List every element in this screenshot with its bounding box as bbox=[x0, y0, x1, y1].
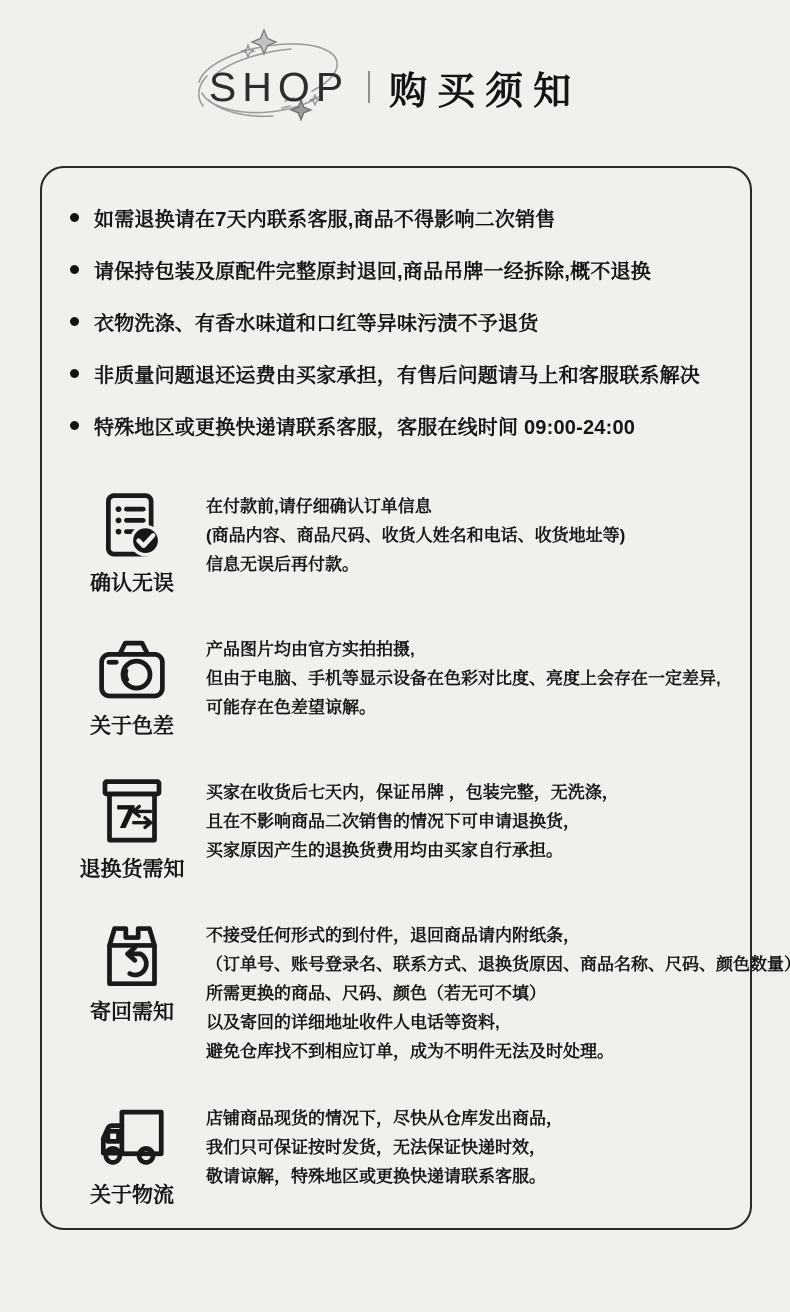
notice-panel: 如需退换请在7天内联系客服,商品不得影响二次销售 请保持包装及原配件完整原封退回… bbox=[40, 166, 752, 1230]
shop-logo-text: SHOP bbox=[209, 64, 349, 111]
section-text: 在付款前,请仔细确认订单信息 (商品内容、商品尺码、收货人姓名和电话、收货地址等… bbox=[194, 490, 726, 597]
policy-item: 特殊地区或更换快递请联系客服，客服在线时间 09:00-24:00 bbox=[70, 410, 726, 440]
page-title: 购买须知 bbox=[389, 60, 581, 115]
bullet-dot-icon bbox=[70, 317, 79, 326]
section-line: 可能存在色差望谅解。 bbox=[206, 693, 726, 722]
section-text: 不接受任何形式的到付件，退回商品请内附纸条， （订单号、账号登录名、联系方式、退… bbox=[194, 919, 790, 1066]
section-line: 我们只可保证按时发货，无法保证快递时效， bbox=[206, 1133, 726, 1162]
section-return-exchange: 7 退换货需知 买家在收货后七天内，保证吊牌 ，包装完整，无洗涤， 且在不影响商… bbox=[70, 776, 726, 883]
policy-bullet-list: 如需退换请在7天内联系客服,商品不得影响二次销售 请保持包装及原配件完整原封退回… bbox=[70, 202, 726, 440]
section-color-difference: 关于色差 产品图片均由官方实拍拍摄, 但由于电脑、手机等显示设备在色彩对比度、亮… bbox=[70, 633, 726, 740]
bullet-dot-icon bbox=[70, 369, 79, 378]
section-label: 寄回需知 bbox=[90, 996, 174, 1026]
section-label: 关于色差 bbox=[90, 710, 174, 740]
section-line: 避免仓库找不到相应订单，成为不明件无法及时处理。 bbox=[206, 1037, 790, 1066]
section-line: 所需更换的商品、尺码、颜色（若无可不填） bbox=[206, 979, 790, 1008]
policy-text: 特殊地区或更换快递请联系客服，客服在线时间 09:00-24:00 bbox=[94, 411, 635, 440]
section-confirm-order: 确认无误 在付款前,请仔细确认订单信息 (商品内容、商品尺码、收货人姓名和电话、… bbox=[70, 490, 726, 597]
delivery-truck-icon bbox=[96, 1102, 168, 1174]
section-line: 买家原因产生的退换货费用均由买家自行承担。 bbox=[206, 836, 726, 865]
section-line: 买家在收货后七天内，保证吊牌 ，包装完整，无洗涤， bbox=[206, 778, 726, 807]
section-line: 以及寄回的详细地址收件人电话等资料, bbox=[206, 1008, 790, 1037]
policy-text: 请保持包装及原配件完整原封退回,商品吊牌一经拆除,概不退换 bbox=[94, 255, 651, 284]
policy-item: 如需退换请在7天内联系客服,商品不得影响二次销售 bbox=[70, 202, 726, 232]
policy-item: 衣物洗涤、有香水味道和口红等异味污渍不予退货 bbox=[70, 306, 726, 336]
policy-text: 非质量问题退还运费由买家承担，有售后问题请马上和客服联系解决 bbox=[94, 359, 700, 388]
policy-text: 如需退换请在7天内联系客服,商品不得影响二次销售 bbox=[94, 203, 555, 232]
svg-text:7: 7 bbox=[115, 800, 137, 836]
section-text: 店铺商品现货的情况下，尽快从仓库发出商品， 我们只可保证按时发货，无法保证快递时… bbox=[194, 1102, 726, 1209]
bullet-dot-icon bbox=[70, 213, 79, 222]
section-line: (商品内容、商品尺码、收货人姓名和电话、收货地址等) bbox=[206, 521, 726, 550]
policy-item: 非质量问题退还运费由买家承担，有售后问题请马上和客服联系解决 bbox=[70, 358, 726, 388]
section-line: 敬请谅解，特殊地区或更换快递请联系客服。 bbox=[206, 1162, 726, 1191]
bullet-dot-icon bbox=[70, 421, 79, 430]
section-line: （订单号、账号登录名、联系方式、退换货原因、商品名称、尺码、颜色数量） bbox=[206, 950, 790, 979]
bullet-dot-icon bbox=[70, 265, 79, 274]
section-send-back: 寄回需知 不接受任何形式的到付件，退回商品请内附纸条， （订单号、账号登录名、联… bbox=[70, 919, 726, 1066]
section-line: 不接受任何形式的到付件，退回商品请内附纸条， bbox=[206, 921, 790, 950]
section-text: 买家在收货后七天内，保证吊牌 ，包装完整，无洗涤， 且在不影响商品二次销售的情况… bbox=[194, 776, 726, 883]
section-label: 退换货需知 bbox=[80, 853, 185, 883]
seven-day-exchange-box-icon: 7 bbox=[96, 776, 168, 848]
checklist-check-icon bbox=[96, 490, 168, 562]
section-text: 产品图片均由官方实拍拍摄, 但由于电脑、手机等显示设备在色彩对比度、亮度上会存在… bbox=[194, 633, 726, 740]
section-line: 在付款前,请仔细确认订单信息 bbox=[206, 492, 726, 521]
header-divider bbox=[368, 71, 370, 103]
section-line: 产品图片均由官方实拍拍摄, bbox=[206, 635, 726, 664]
section-line: 但由于电脑、手机等显示设备在色彩对比度、亮度上会存在一定差异, bbox=[206, 664, 726, 693]
section-line: 店铺商品现货的情况下，尽快从仓库发出商品， bbox=[206, 1104, 726, 1133]
policy-text: 衣物洗涤、有香水味道和口红等异味污渍不予退货 bbox=[94, 307, 538, 336]
policy-item: 请保持包装及原配件完整原封退回,商品吊牌一经拆除,概不退换 bbox=[70, 254, 726, 284]
section-line: 信息无误后再付款。 bbox=[206, 550, 726, 579]
return-package-icon bbox=[96, 919, 168, 991]
brand-header: SHOP 购买须知 bbox=[0, 0, 790, 166]
notice-sections: 确认无误 在付款前,请仔细确认订单信息 (商品内容、商品尺码、收货人姓名和电话、… bbox=[70, 490, 726, 1209]
section-logistics: 关于物流 店铺商品现货的情况下，尽快从仓库发出商品， 我们只可保证按时发货，无法… bbox=[70, 1102, 726, 1209]
purchase-notice-page: SHOP 购买须知 如需退换请在7天内联系客服,商品不得影响二次销售 请保持包装… bbox=[0, 0, 790, 1230]
section-line: 且在不影响商品二次销售的情况下可申请退换货， bbox=[206, 807, 726, 836]
section-label: 关于物流 bbox=[90, 1179, 174, 1209]
section-label: 确认无误 bbox=[90, 567, 174, 597]
camera-icon bbox=[96, 633, 168, 705]
shop-logo: SHOP bbox=[209, 56, 349, 118]
